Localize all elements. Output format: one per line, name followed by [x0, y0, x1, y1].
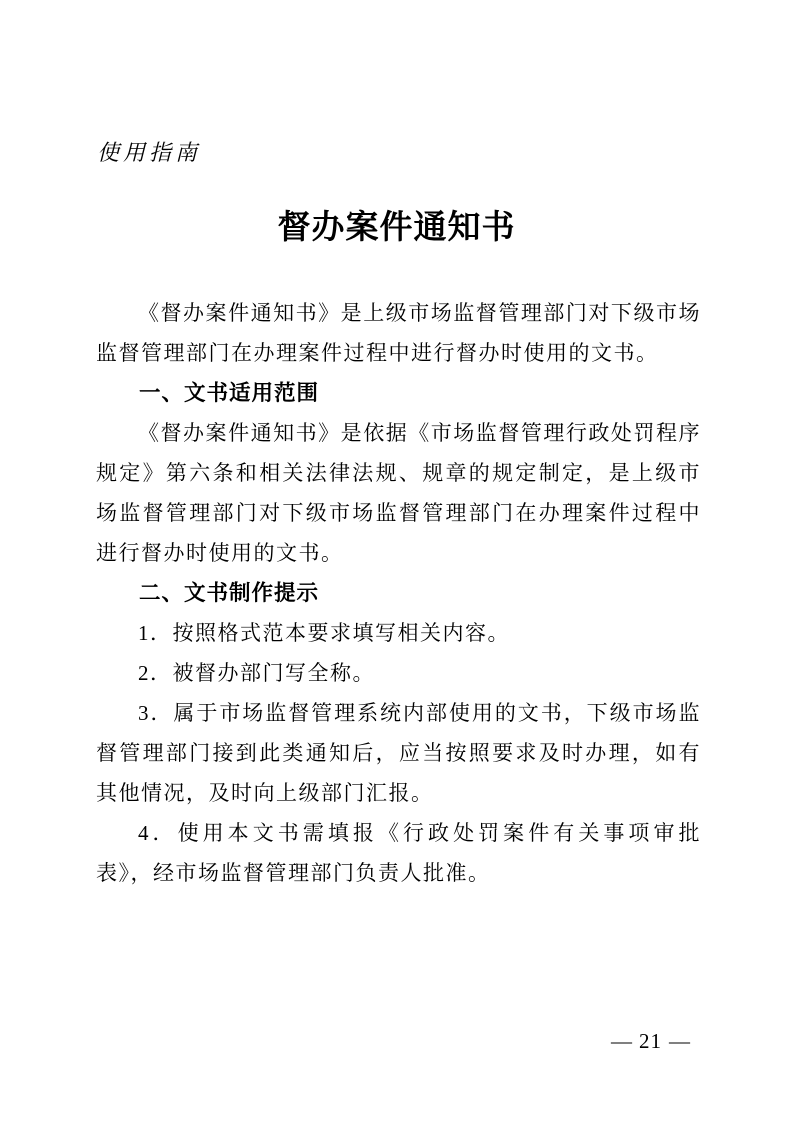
page-number-dash-left: —	[611, 1026, 632, 1056]
guide-label: 使用指南	[97, 138, 201, 168]
document-page: 使用指南 督办案件通知书 《督办案件通知书》是上级市场监督管理部门对下级市场监督…	[0, 0, 793, 1122]
page-number-dash-right: —	[669, 1026, 690, 1056]
document-title: 督办案件通知书	[0, 205, 793, 251]
section-2-item-1: 1．按照格式范本要求填写相关内容。	[96, 613, 701, 653]
intro-paragraph: 《督办案件通知书》是上级市场监督管理部门对下级市场监督管理部门在办理案件过程中进…	[96, 293, 701, 373]
document-body: 《督办案件通知书》是上级市场监督管理部门对下级市场监督管理部门在办理案件过程中进…	[96, 293, 701, 893]
page-number: —21—	[604, 1026, 697, 1056]
section-2-item-3: 3．属于市场监督管理系统内部使用的文书，下级市场监督管理部门接到此类通知后，应当…	[96, 693, 701, 813]
page-number-value: 21	[639, 1026, 662, 1056]
section-2-heading: 二、文书制作提示	[96, 573, 701, 613]
section-1-heading: 一、文书适用范围	[96, 373, 701, 413]
section-1-paragraph: 《督办案件通知书》是依据《市场监督管理行政处罚程序规定》第六条和相关法律法规、规…	[96, 413, 701, 573]
section-2-item-2: 2．被督办部门写全称。	[96, 653, 701, 693]
section-2-item-4: 4．使用本文书需填报《行政处罚案件有关事项审批表》，经市场监督管理部门负责人批准…	[96, 813, 701, 893]
